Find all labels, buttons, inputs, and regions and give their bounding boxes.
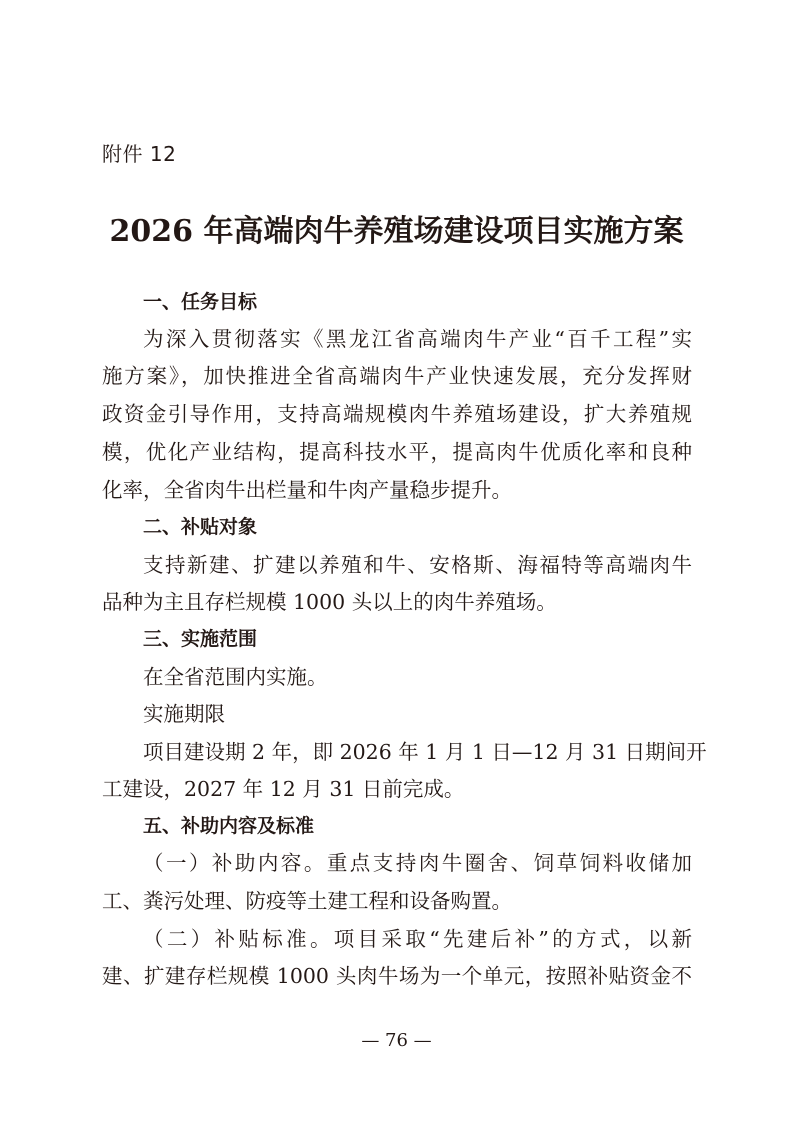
paragraph-line: 政资金引导作用，支持高端规模肉牛养殖场建设，扩大养殖规 bbox=[102, 401, 692, 427]
paragraph-line: 品种为主且存栏规模 1000 头以上的肉牛养殖场。 bbox=[102, 589, 692, 615]
section-heading-subsidy-target: 二、补贴对象 bbox=[143, 514, 692, 540]
paragraph-line: 施方案》，加快推进全省高端肉牛产业快速发展，充分发挥财 bbox=[102, 363, 692, 389]
section-heading-scope: 三、实施范围 bbox=[143, 626, 692, 652]
section-heading-task-objective: 一、任务目标 bbox=[143, 289, 692, 315]
page-number: — 76 — bbox=[0, 1029, 793, 1053]
paragraph-line: 化率，全省肉牛出栏量和牛肉产量稳步提升。 bbox=[102, 477, 692, 503]
paragraph-line: 项目建设期 2 年，即 2026 年 1 月 1 日—12 月 31 日期间开 bbox=[143, 739, 692, 765]
paragraph-line: （二）补贴标准。项目采取“先建后补”的方式，以新 bbox=[143, 926, 692, 952]
paragraph-line: 工、粪污处理、防疫等土建工程和设备购置。 bbox=[102, 888, 692, 914]
paragraph-line: 模，优化产业结构，提高科技水平，提高肉牛优质化率和良种 bbox=[102, 439, 692, 465]
document-title: 2026 年高端肉牛养殖场建设项目实施方案 bbox=[0, 212, 793, 252]
paragraph-line: （一）补助内容。重点支持肉牛圈舍、饲草饲料收储加 bbox=[143, 850, 692, 876]
paragraph-line: 为深入贯彻落实《黑龙江省高端肉牛产业“百千工程”实 bbox=[143, 326, 692, 352]
section-heading-period: 实施期限 bbox=[143, 701, 692, 727]
paragraph-line: 工建设，2027 年 12 月 31 日前完成。 bbox=[102, 776, 692, 802]
section-heading-subsidy-content-standard: 五、补助内容及标准 bbox=[143, 813, 692, 839]
paragraph-line: 建、扩建存栏规模 1000 头肉牛场为一个单元，按照补贴资金不 bbox=[102, 963, 692, 989]
paragraph-line: 支持新建、扩建以养殖和牛、安格斯、海福特等高端肉牛 bbox=[143, 552, 692, 578]
paragraph-line: 在全省范围内实施。 bbox=[143, 664, 692, 690]
attachment-label: 附件 12 bbox=[102, 141, 176, 167]
document-page: 附件 12 2026 年高端肉牛养殖场建设项目实施方案 一、任务目标 为深入贯彻… bbox=[0, 0, 793, 1122]
